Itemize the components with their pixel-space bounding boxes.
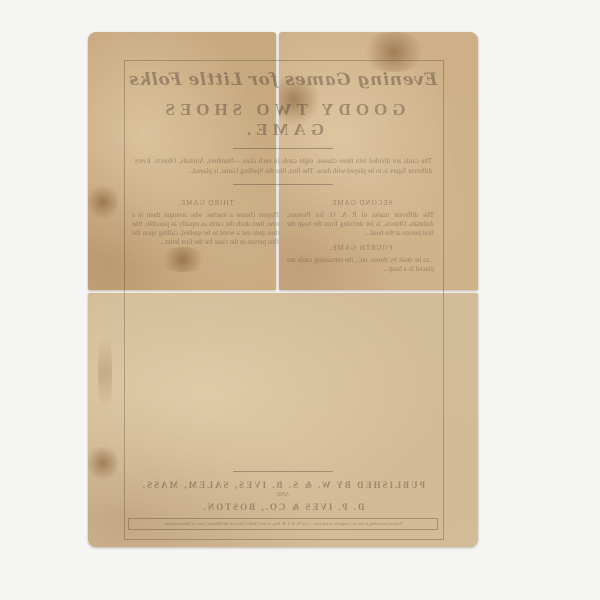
section-text: Players choose a teacher, who arranges t… [132, 211, 279, 247]
column-right: THIRD GAME. Players choose a teacher, wh… [132, 193, 279, 274]
divider [233, 471, 333, 472]
section-heading: SECOND GAME. [287, 199, 434, 208]
section-text: The different marks of P. A. O. for Pers… [287, 211, 434, 238]
section-heading: FOURTH GAME. [287, 244, 434, 253]
distributor-line: D. P. IVES & CO., BOSTON. [124, 502, 442, 512]
series-title: Evening Games for Little Folks [124, 70, 442, 90]
section-text: ...to be dealt by threes, etc., the rema… [287, 256, 434, 274]
paper-sheet: Evening Games for Little Folks GOODY TWO… [88, 32, 478, 547]
photo-background: Evening Games for Little Folks GOODY TWO… [0, 0, 600, 600]
column-left: SECOND GAME. The different marks of P. A… [287, 193, 434, 274]
divider [233, 148, 333, 149]
bleed-through-text: Evening Games for Little Folks GOODY TWO… [124, 60, 442, 538]
divider [233, 184, 333, 185]
game-title: GOODY TWO SHOES GAME. [124, 100, 442, 140]
intro-text: The cards are divided into three classes… [124, 157, 442, 176]
publisher-line: PUBLISHED BY W. & S. B. IVES, SALEM, MAS… [124, 480, 442, 490]
section-heading: THIRD GAME. [132, 199, 279, 208]
fine-print: Entered according to Act of Congress, in… [128, 518, 438, 530]
and-line: AND [124, 492, 442, 498]
